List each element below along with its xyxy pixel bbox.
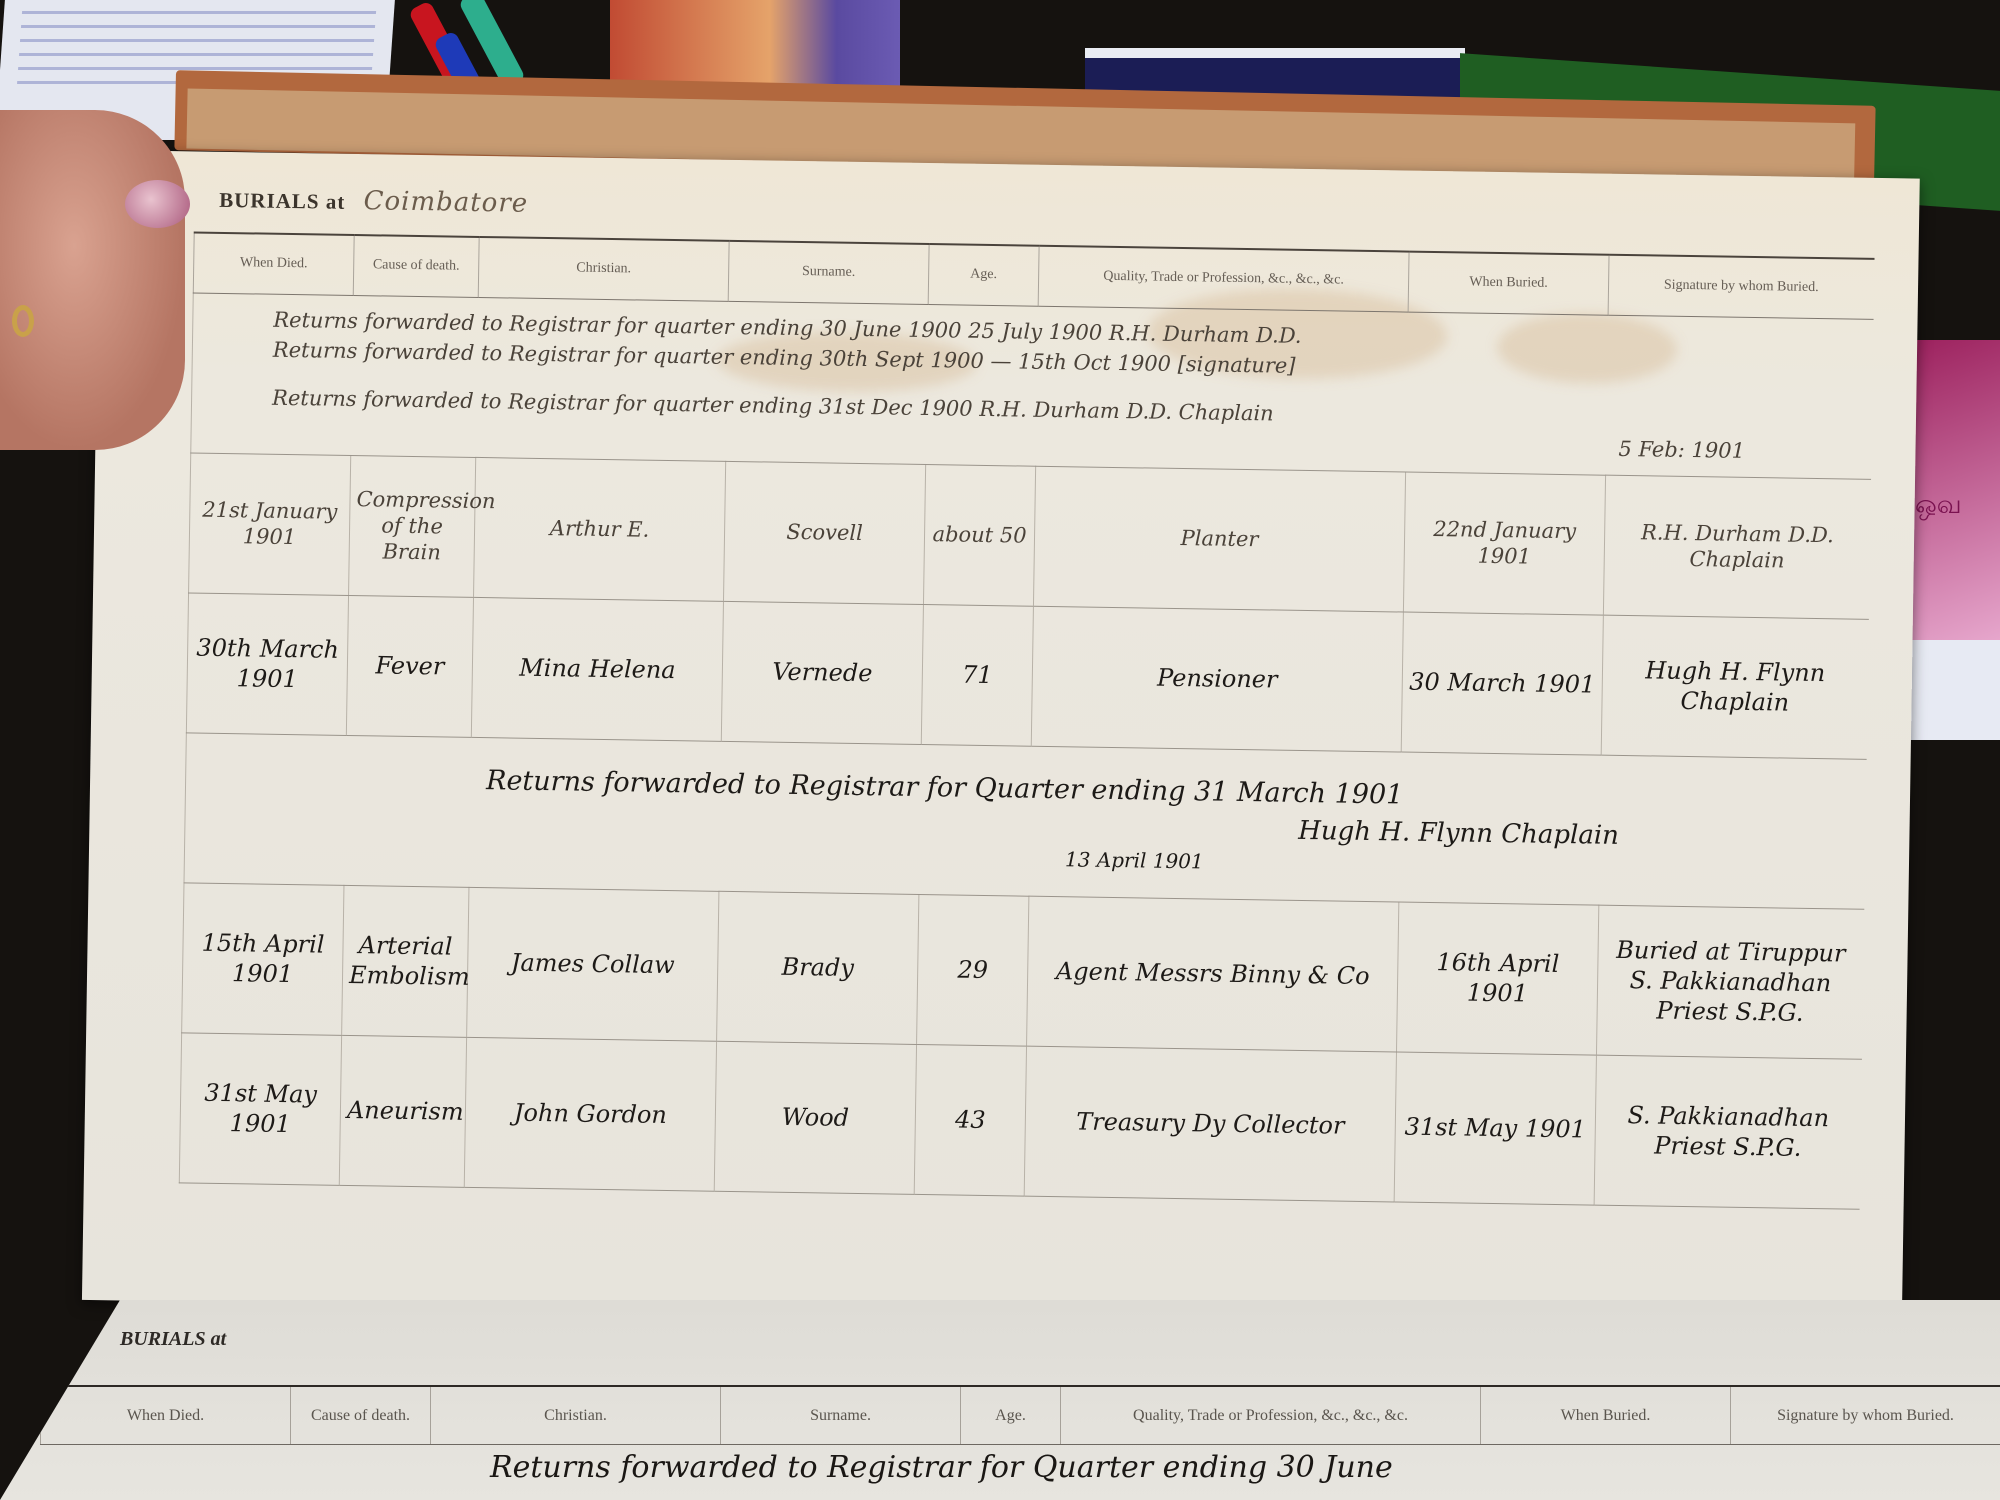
lower-col-surname: Surname. — [720, 1387, 960, 1444]
quarter-note-row: Returns forwarded to Registrar for Quart… — [184, 732, 1866, 908]
returns-notes: Returns forwarded to Registrar for quart… — [191, 292, 1873, 478]
hand — [0, 110, 185, 450]
when-died: 30th March 1901 — [186, 592, 348, 734]
lower-col-age: Age. — [960, 1387, 1060, 1444]
signature: S. Pakkianadhan Priest S.P.G. — [1603, 965, 1856, 1029]
background-food-box — [610, 0, 900, 88]
when-died: 31st May 1901 — [179, 1032, 341, 1184]
christian-name: Mina Helena — [471, 597, 723, 741]
lower-page-title: BURIALS at — [120, 1328, 226, 1351]
cause-of-death: Compression of the Brain — [349, 455, 476, 597]
when-buried: 16th April 1901 — [1397, 901, 1599, 1054]
lower-col-profession: Quality, Trade or Profession, &c., &c., … — [1060, 1387, 1480, 1444]
table-row: 15th April 1901 Arterial Embolism James … — [182, 882, 1864, 1058]
burial-location-note: Buried at Tiruppur — [1604, 935, 1857, 969]
page-title: BURIALS at Coimbatore — [219, 184, 528, 219]
burial-register-table: When Died. Cause of death. Christian. Su… — [179, 231, 1874, 1209]
col-when-died: When Died. — [193, 232, 354, 295]
title-place-handwritten: Coimbatore — [363, 186, 528, 219]
profession: Pensioner — [1031, 606, 1403, 752]
table-row: 21st January 1901 Compression of the Bra… — [189, 452, 1871, 618]
col-cause-of-death: Cause of death. — [353, 235, 479, 297]
table-row: 30th March 1901 Fever Mina Helena Verned… — [186, 592, 1868, 758]
age: about 50 — [923, 464, 1035, 606]
ring-icon — [12, 305, 34, 337]
lower-col-signature: Signature by whom Buried. — [1730, 1387, 2000, 1444]
profession: Treasury Dy Collector — [1024, 1046, 1396, 1202]
lower-col-when-buried: When Buried. — [1480, 1387, 1730, 1444]
fingernail — [125, 180, 190, 228]
lower-col-christian: Christian. — [430, 1387, 720, 1444]
christian-name: James Collaw — [467, 887, 719, 1041]
signature: S. Pakkianadhan Priest S.P.G. — [1594, 1055, 1861, 1209]
age: 43 — [914, 1044, 1026, 1196]
register-page: BURIALS at Coimbatore When Died. Cause o… — [82, 150, 1920, 1328]
lower-col-when-died: When Died. — [40, 1387, 290, 1444]
surname: Wood — [714, 1041, 916, 1194]
age: 71 — [921, 604, 1033, 746]
surname: Brady — [717, 891, 919, 1044]
profession: Planter — [1033, 466, 1405, 612]
quarter-note-date: 13 April 1901 — [1065, 847, 1204, 874]
cause-of-death: Aneurism — [339, 1035, 466, 1187]
christian-name: Arthur E. — [474, 457, 726, 601]
returns-notes-row: Returns forwarded to Registrar for quart… — [191, 292, 1873, 478]
signature: R.H. Durham D.D. Chaplain — [1603, 475, 1870, 619]
col-surname: Surname. — [728, 241, 929, 304]
cause-of-death: Arterial Embolism — [342, 885, 469, 1037]
lower-column-header-row: When Died. Cause of death. Christian. Su… — [40, 1385, 2000, 1445]
background-white-paper — [1900, 640, 2000, 740]
surname: Scovell — [723, 461, 925, 604]
signature-cell: Buried at Tiruppur S. Pakkianadhan Pries… — [1596, 905, 1863, 1059]
christian-name: John Gordon — [464, 1037, 716, 1191]
title-printed: BURIALS at — [219, 188, 345, 214]
profession: Agent Messrs Binny & Co — [1027, 896, 1399, 1052]
when-buried: 31st May 1901 — [1394, 1051, 1596, 1204]
col-when-buried: When Buried. — [1408, 252, 1609, 315]
pink-book-text: ஒவ — [1915, 490, 1962, 523]
col-profession: Quality, Trade or Profession, &c., &c., … — [1038, 246, 1409, 312]
age: 29 — [917, 894, 1029, 1046]
when-died: 15th April 1901 — [182, 882, 344, 1034]
table-row: 31st May 1901 Aneurism John Gordon Wood … — [179, 1032, 1861, 1208]
col-age: Age. — [928, 244, 1039, 306]
when-buried: 30 March 1901 — [1401, 612, 1603, 755]
when-buried: 22nd January 1901 — [1403, 472, 1605, 615]
lower-col-cause-of-death: Cause of death. — [290, 1387, 430, 1444]
surname: Vernede — [721, 601, 923, 744]
lower-register-page: BURIALS at When Died. Cause of death. Ch… — [0, 1300, 2000, 1500]
when-died: 21st January 1901 — [189, 452, 351, 594]
cause-of-death: Fever — [346, 595, 473, 737]
signature: Hugh H. Flynn Chaplain — [1601, 615, 1868, 759]
col-signature: Signature by whom Buried. — [1608, 255, 1874, 319]
col-christian: Christian. — [478, 237, 729, 301]
lower-returns-note: Returns forwarded to Registrar for Quart… — [490, 1450, 1393, 1485]
quarter-note-march: Returns forwarded to Registrar for Quart… — [184, 732, 1866, 908]
